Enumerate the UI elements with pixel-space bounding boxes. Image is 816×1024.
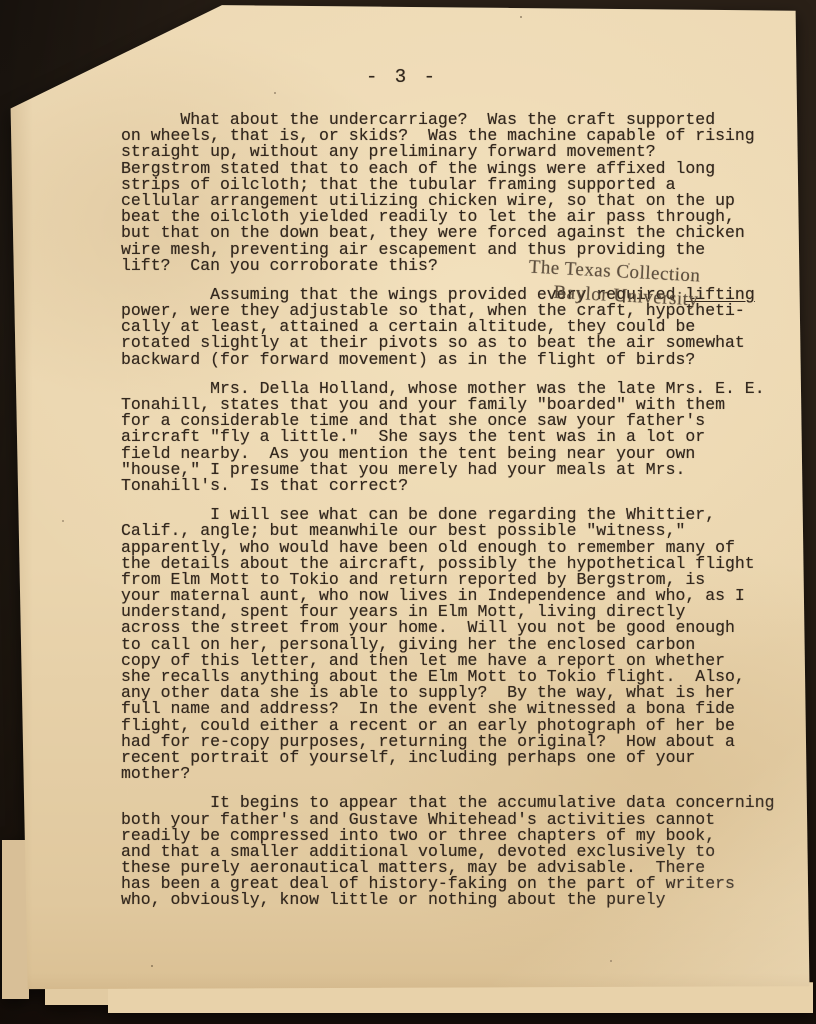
photo-background: - 3 - What about the undercarriage? Was …: [0, 0, 816, 1024]
paragraph-mrs-holland: Mrs. Della Holland, whose mother was the…: [121, 381, 801, 494]
paragraph-book-volume: It begins to appear that the accumulativ…: [121, 795, 801, 908]
text-line: mother?: [121, 766, 801, 782]
paragraph-undercarriage: What about the undercarriage? Was the cr…: [121, 112, 801, 274]
paper-stack: - 3 - What about the undercarriage? Was …: [0, 0, 816, 1024]
paragraph-whittier-witness: I will see what can be done regarding th…: [121, 507, 801, 782]
under-sheet-left-edge: [2, 840, 30, 1000]
paper-specks: [0, 0, 2, 2]
text-line: backward (for forward movement) as in th…: [121, 352, 801, 368]
text-line: who, obviously, know little or nothing a…: [121, 892, 801, 908]
letter-body: What about the undercarriage? Was the cr…: [121, 112, 801, 909]
letter-page: - 3 - What about the undercarriage? Was …: [0, 0, 816, 1024]
archive-stamp: The Texas Collection Baylor University: [527, 256, 701, 313]
text-line: Tonahill's. Is that correct?: [121, 478, 801, 494]
page-number: - 3 -: [366, 66, 438, 88]
text-line: recent portrait of yourself, including p…: [121, 750, 801, 766]
